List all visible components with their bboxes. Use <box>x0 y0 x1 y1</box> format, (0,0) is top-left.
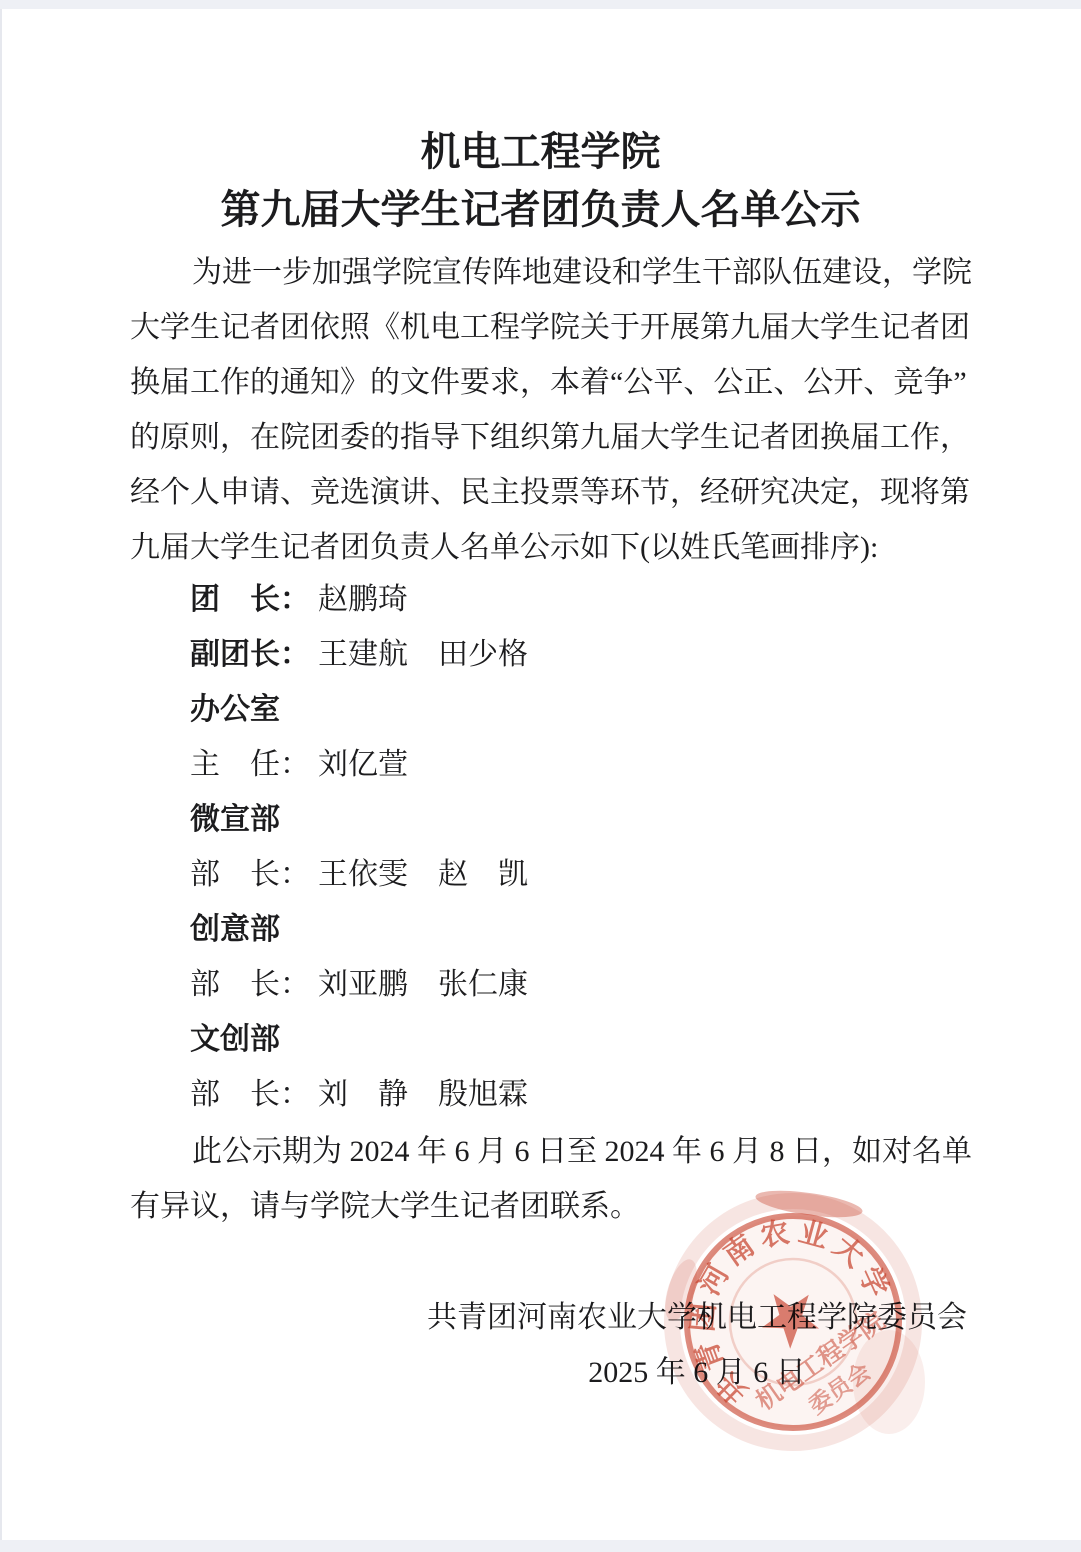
roster-names: 刘亿萱 <box>318 748 408 781</box>
doc-title-line2: 第九届大学生记者团负责人名单公示 <box>0 184 1081 236</box>
roster-row-leader: 团 长：赵鹏琦 <box>190 572 970 627</box>
roster-section-label: 办公室 <box>190 693 280 726</box>
intro-line: 的原则，在院团委的指导下组织第九届大学生记者团换届工作， <box>130 410 962 465</box>
closing-line: 有异议，请与学院大学生记者团联系。 <box>130 1179 962 1234</box>
roster-row-office-director: 主 任：刘亿萱 <box>190 737 970 792</box>
roster-label: 部 长： <box>190 858 310 891</box>
doc-title-line1: 机电工程学院 <box>0 126 1081 178</box>
roster-section-label: 创意部 <box>190 913 280 946</box>
roster-label: 副团长： <box>190 638 310 671</box>
roster-names: 赵鹏琦 <box>318 583 408 616</box>
closing-paragraph: 此公示期为 2024 年 6 月 6 日至 2024 年 6 月 8 日，如对名… <box>130 1124 962 1234</box>
scan-edge-left <box>0 9 2 1540</box>
intro-line: 九届大学生记者团负责人名单公示如下(以姓氏笔画排序): <box>130 520 962 575</box>
roster-label: 部 长： <box>190 968 310 1001</box>
roster-names: 刘亚鹏 张仁康 <box>318 968 528 1001</box>
scan-edge-top <box>0 0 1081 9</box>
roster-row-creative-chief: 部 长：刘亚鹏 张仁康 <box>190 957 970 1012</box>
signature-block: 共青团河南农业大学机电工程学院委员会 2025 年 6 月 6 日 <box>427 1290 967 1400</box>
roster-section-label: 微宣部 <box>190 803 280 836</box>
leader-roster: 团 长：赵鹏琦 副团长：王建航 田少格 办公室 主 任：刘亿萱 微宣部 部 长：… <box>190 572 970 1122</box>
roster-section-office: 办公室 <box>190 682 970 737</box>
roster-section-label: 文创部 <box>190 1023 280 1056</box>
roster-label: 主 任： <box>190 748 310 781</box>
intro-paragraph: 为进一步加强学院宣传阵地建设和学生干部队伍建设，学院 大学生记者团依照《机电工程… <box>130 245 962 575</box>
scan-edge-bottom <box>0 1540 1081 1552</box>
issue-date: 2025 年 6 月 6 日 <box>427 1345 967 1400</box>
closing-line: 此公示期为 2024 年 6 月 6 日至 2024 年 6 月 8 日，如对名… <box>130 1124 962 1179</box>
roster-section-wenchuang-dept: 文创部 <box>190 1012 970 1067</box>
roster-row-wenchuang-chief: 部 长：刘 静 殷旭霖 <box>190 1067 970 1122</box>
intro-line: 为进一步加强学院宣传阵地建设和学生干部队伍建设，学院 <box>130 245 962 300</box>
roster-names: 刘 静 殷旭霖 <box>318 1078 528 1111</box>
roster-label: 部 长： <box>190 1078 310 1111</box>
roster-section-creative-dept: 创意部 <box>190 902 970 957</box>
roster-row-wexuan-chief: 部 长：王依雯 赵 凯 <box>190 847 970 902</box>
roster-section-wexuan-dept: 微宣部 <box>190 792 970 847</box>
roster-names: 王依雯 赵 凯 <box>318 858 528 891</box>
roster-names: 王建航 田少格 <box>318 638 528 671</box>
roster-label: 团 长： <box>190 583 310 616</box>
intro-line: 换届工作的通知》的文件要求，本着“公平、公正、公开、竞争” <box>130 355 962 410</box>
issuer-name: 共青团河南农业大学机电工程学院委员会 <box>427 1290 967 1345</box>
intro-line: 大学生记者团依照《机电工程学院关于开展第九届大学生记者团 <box>130 300 962 355</box>
scanned-notice-page: 机电工程学院 第九届大学生记者团负责人名单公示 为进一步加强学院宣传阵地建设和学… <box>0 0 1081 1552</box>
roster-row-deputy-leader: 副团长：王建航 田少格 <box>190 627 970 682</box>
intro-line: 经个人申请、竞选演讲、民主投票等环节，经研究决定，现将第 <box>130 465 962 520</box>
